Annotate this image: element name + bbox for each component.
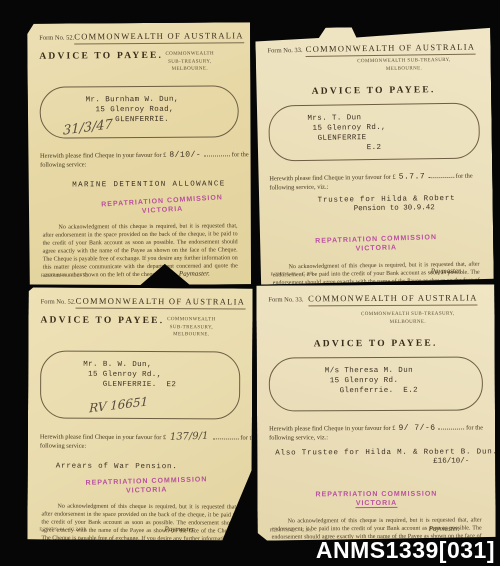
repatriation-commission-stamp: REPATRIATION COMMISSIONVICTORIA	[310, 233, 441, 256]
payee-street: 15 Glenroy Rd.,	[83, 369, 239, 380]
form-number: Form No. 52.	[41, 298, 76, 305]
advice-to-payee-heading: ADVICE TO PAYEE.	[40, 315, 164, 326]
cheque-amount-line: Herewith please find Cheque in your favo…	[40, 430, 240, 442]
payee-address-box: Mrs. T. Dun 15 Glenroy Rd., GLENFERRIE E…	[268, 103, 480, 162]
repatriation-commission-stamp: REPATRIATION COMMISSIONVICTORIA	[311, 490, 441, 510]
cheque-amount-line-2: following service:	[40, 160, 239, 168]
payee-address: Mrs. T. Dun 15 Glenroy Rd., GLENFERRIE E…	[269, 104, 479, 155]
advice-row: ADVICE TO PAYEE. COMMONWEALTH SUB-TREASU…	[40, 315, 240, 339]
advice-to-payee-heading: ADVICE TO PAYEE.	[314, 339, 438, 350]
cheque-amount: 5.7.7	[396, 172, 429, 181]
payee-address: M/s Theresa M. Dun 15 Glenroy Rd. Glenfe…	[270, 357, 482, 396]
cheque-amount-line-2: following service:	[40, 442, 240, 450]
form-title: COMMONWEALTH OF AUSTRALIA	[76, 296, 246, 307]
handwritten-reference: RV 16651	[89, 394, 148, 415]
service-description: MARINE DETENTION ALLOWANCE	[72, 180, 239, 189]
paymaster-signature: Paymaster.	[429, 525, 460, 533]
payee-name: Mr. B. W. Dun,	[83, 359, 239, 370]
catalog-number-label: ANMS1339[031]	[316, 537, 495, 564]
paymaster-signature: Paymaster.	[431, 267, 462, 275]
cheque-amount-line: Herewith please find Cheque in your favo…	[40, 149, 239, 160]
advice-to-payee-heading: ADVICE TO PAYEE.	[39, 51, 163, 62]
payee-address-box: Mr. B. W. Dun, 15 Glenroy Rd., GLENFERRI…	[40, 350, 240, 419]
advice-to-payee-form-top-left: Form No. 52. COMMONWEALTH OF AUSTRALIA A…	[27, 22, 252, 286]
service-amount: £16/10/-	[269, 458, 469, 467]
advice-to-payee-form-top-right: Form No. 33. COMMONWEALTH OF AUSTRALIA C…	[255, 25, 494, 284]
payee-address-box: Mr. Burnham W. Dun, 15 Glenroy Road, GLE…	[40, 85, 239, 138]
payee-district: E.2	[308, 142, 479, 155]
cheque-amount-line: Herewith please find Cheque in your favo…	[269, 422, 483, 433]
cheque-amount: 9/ 7/-6	[395, 424, 438, 433]
form-number: Form No. 33.	[267, 47, 302, 54]
dotted-rule	[204, 149, 230, 156]
advice-row: ADVICE TO PAYEE. COMMONWEALTH SUB-TREASU…	[39, 50, 238, 74]
payee-address: Mr. Burnham W. Dun, 15 Glenroy Road, GLE…	[41, 86, 238, 126]
service-description: Also Trustee for Hilda M. & Robert B. Du…	[275, 448, 483, 457]
form-number: Form No. 33.	[268, 296, 303, 303]
cheque-amount-line-2: following service, viz.:	[269, 433, 483, 441]
sub-treasury-row: COMMONWEALTH SUB-TREASURY, MELBOURNE.	[268, 310, 482, 326]
form-title: COMMONWEALTH OF AUSTRALIA	[303, 292, 482, 303]
cheque-amount: 137/9/1	[166, 430, 213, 442]
form-reference: F.2607/9.44.—C.2472.	[39, 526, 87, 531]
cheque-amount-line-2: following service, viz.:	[269, 182, 480, 192]
form-footer: F.2367/5.42.—C.38. Paymaster.	[270, 524, 482, 533]
dotted-rule	[213, 432, 239, 439]
advice-to-payee-form-bottom-right: Form No. 33. COMMONWEALTH OF AUSTRALIA C…	[256, 284, 495, 540]
payee-address-box: M/s Theresa M. Dun 15 Glenroy Rd. Glenfe…	[269, 356, 483, 411]
service-description-2: Pension to 30.9.42	[318, 204, 481, 214]
advice-row: ADVICE TO PAYEE.	[269, 332, 483, 351]
dotted-rule	[439, 423, 465, 430]
paymaster-signature: Paymaster.	[164, 525, 195, 533]
form-reference: F.2607/9.44.—C.2472.	[41, 272, 89, 277]
form-reference: F.2367/5.42.—C.38.	[270, 527, 313, 532]
dotted-rule	[428, 171, 454, 178]
form-header: Form No. 33. COMMONWEALTH OF AUSTRALIA	[268, 292, 482, 303]
repatriation-commission-stamp: REPATRIATION COMMISSIONVICTORIA	[97, 193, 228, 220]
repatriation-commission-stamp: REPATRIATION COMMISSIONVICTORIA	[81, 475, 212, 498]
form-footer: F.2607/9.44.—C.2472. Paymaster.	[41, 269, 238, 278]
sub-treasury-label: COMMONWEALTH SUB-TREASURY, MELBOURNE.	[164, 316, 218, 339]
sub-treasury-label: COMMONWEALTH SUB-TREASURY, MELBOURNE.	[163, 50, 216, 73]
form-header: Form No. 52. COMMONWEALTH OF AUSTRALIA	[41, 295, 241, 306]
payee-suburb: Glenferrie. E.2	[325, 386, 482, 397]
payee-address: Mr. B. W. Dun, 15 Glenroy Rd., GLENFERRI…	[41, 351, 239, 390]
paymaster-signature: Paymaster.	[179, 270, 210, 278]
form-title: COMMONWEALTH OF AUSTRALIA	[74, 30, 244, 41]
sub-treasury-row: COMMONWEALTH SUB-TREASURY, MELBOURNE.	[268, 57, 479, 75]
advice-to-payee-heading: ADVICE TO PAYEE.	[312, 85, 436, 97]
cheque-amount: 8/10/-	[166, 150, 204, 159]
service-description: Arrears of War Pension.	[56, 462, 240, 471]
form-header: Form No. 33. COMMONWEALTH OF AUSTRALIA	[267, 42, 478, 55]
advice-row: ADVICE TO PAYEE.	[268, 79, 479, 100]
form-reference: F.2367/5.42.—C.38.	[271, 271, 314, 277]
payee-suburb: GLENFERRIE. E2	[83, 379, 239, 390]
form-title: COMMONWEALTH OF AUSTRALIA	[302, 42, 478, 54]
form-footer: F.2607/9.44.—C.2472. Paymaster.	[39, 524, 237, 533]
form-header: Form No. 52. COMMONWEALTH OF AUSTRALIA	[39, 30, 238, 41]
sub-treasury-label: COMMONWEALTH SUB-TREASURY, MELBOURNE.	[361, 311, 455, 326]
sub-treasury-label: COMMONWEALTH SUB-TREASURY, MELBOURNE.	[357, 57, 451, 73]
advice-to-payee-form-bottom-left: Form No. 52. COMMONWEALTH OF AUSTRALIA A…	[27, 287, 252, 540]
form-number: Form No. 52.	[39, 34, 74, 41]
